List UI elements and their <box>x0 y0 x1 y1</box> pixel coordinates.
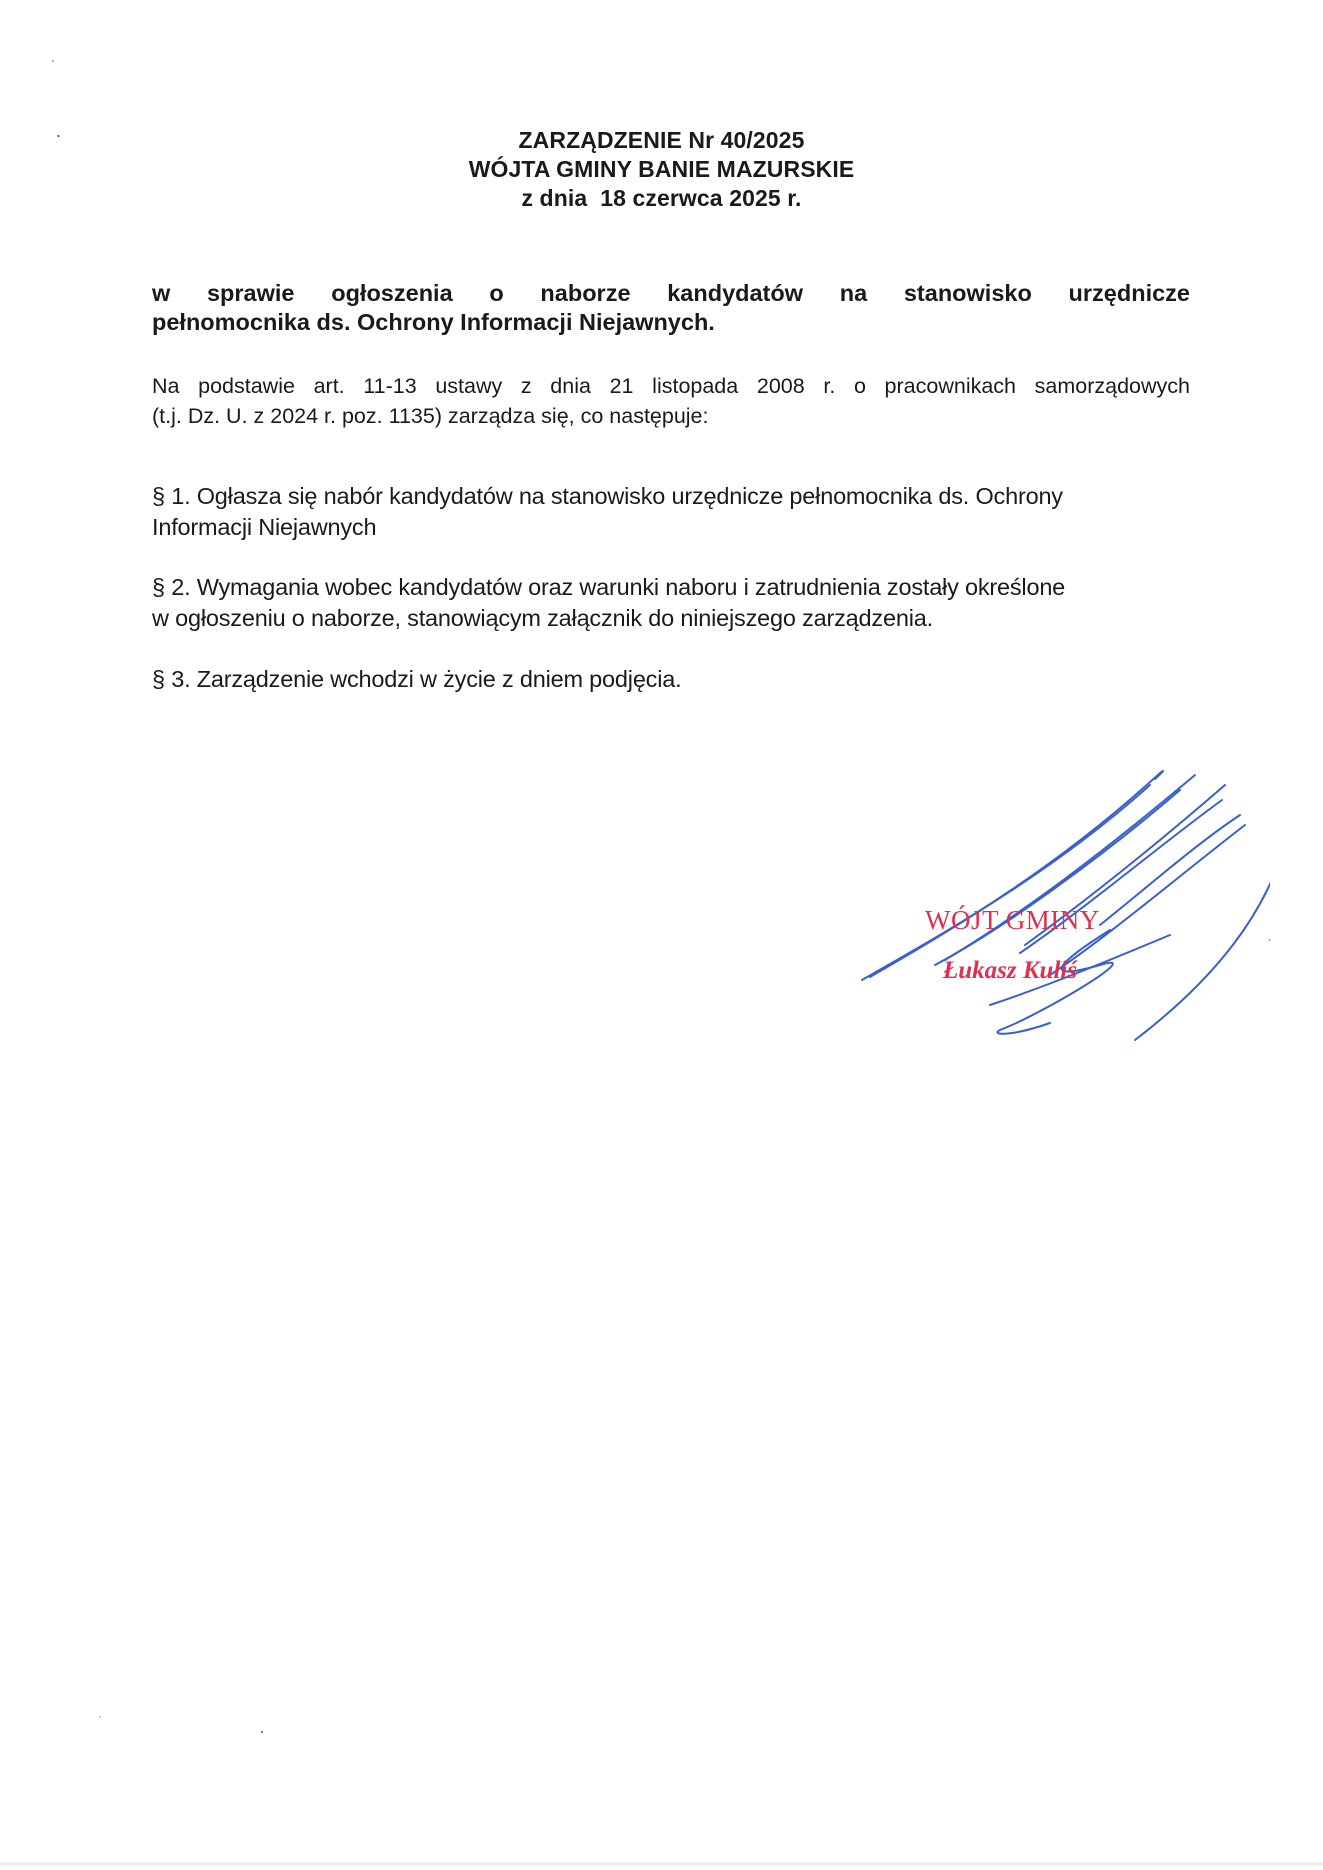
handwritten-signature-icon <box>850 755 1270 1045</box>
document-subject: w sprawie ogłoszenia o naborze kandydató… <box>152 279 1190 337</box>
legal-basis: Na podstawie art. 11-13 ustawy z dnia 21… <box>152 371 1190 431</box>
scan-speck <box>261 1731 263 1733</box>
subject-line-2: pełnomocnika ds. Ochrony Informacji Niej… <box>152 309 715 335</box>
paragraph-3: § 3. Zarządzenie wchodzi w życie z dniem… <box>152 664 1197 695</box>
legal-basis-line-2: (t.j. Dz. U. z 2024 r. poz. 1135) zarząd… <box>152 404 709 428</box>
legal-basis-line-1: Na podstawie art. 11-13 ustawy z dnia 21… <box>152 371 1190 401</box>
paragraph-3-line-1: § 3. Zarządzenie wchodzi w życie z dniem… <box>152 664 1197 695</box>
paragraph-1-line-1: § 1. Ogłasza się nabór kandydatów na sta… <box>152 481 1197 512</box>
stamp-name: Łukasz Kuliś <box>943 957 1077 985</box>
signature-block: WÓJT GMINY Łukasz Kuliś <box>850 755 1270 1045</box>
document-date: z dnia 18 czerwca 2025 r. <box>0 184 1323 213</box>
scan-speck <box>52 60 54 62</box>
paragraph-2-line-2: w ogłoszeniu o naborze, stanowiącym załą… <box>152 603 1197 634</box>
document-page: ZARZĄDZENIE Nr 40/2025 WÓJTA GMINY BANIE… <box>0 0 1323 1870</box>
document-header: ZARZĄDZENIE Nr 40/2025 WÓJTA GMINY BANIE… <box>0 126 1323 213</box>
paragraph-1-line-2: Informacji Niejawnych <box>152 512 1197 543</box>
scan-edge <box>0 1862 1323 1866</box>
document-title: ZARZĄDZENIE Nr 40/2025 <box>0 126 1323 155</box>
document-issuer: WÓJTA GMINY BANIE MAZURSKIE <box>0 155 1323 184</box>
paragraph-1: § 1. Ogłasza się nabór kandydatów na sta… <box>152 481 1197 543</box>
paragraph-2-line-1: § 2. Wymagania wobec kandydatów oraz war… <box>152 572 1197 603</box>
subject-line-1: w sprawie ogłoszenia o naborze kandydató… <box>152 279 1190 308</box>
stamp-title: WÓJT GMINY <box>925 905 1100 936</box>
scan-speck <box>99 1716 101 1718</box>
paragraph-2: § 2. Wymagania wobec kandydatów oraz war… <box>152 572 1197 634</box>
